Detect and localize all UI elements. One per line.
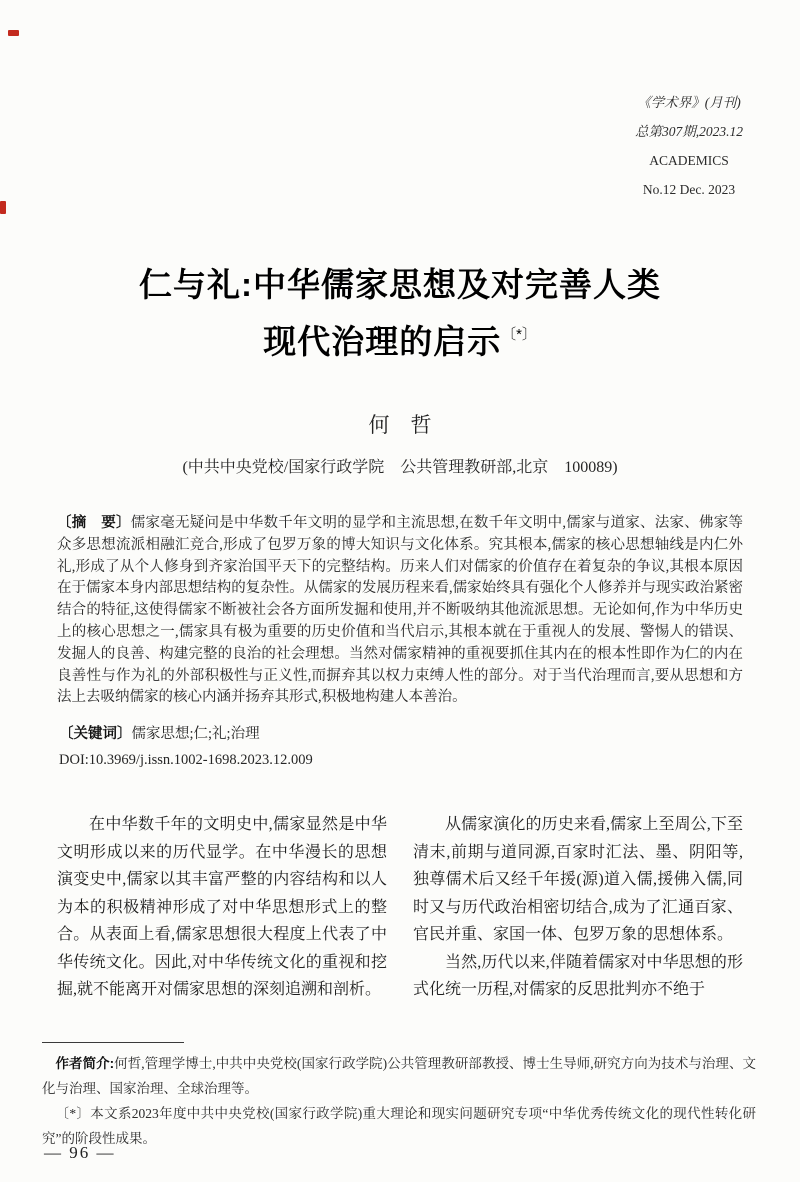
journal-name: 《学术界》(月刊) bbox=[635, 88, 743, 117]
journal-english-name: ACADEMICS bbox=[635, 146, 743, 175]
journal-english-issue: No.12 Dec. 2023 bbox=[635, 175, 743, 204]
abstract-section: 〔摘 要〕儒家毫无疑问是中华数千年文明的显学和主流思想,在数千年文明中,儒家与道… bbox=[57, 513, 743, 709]
red-scan-mark-top bbox=[8, 30, 19, 36]
footnote-section: 作者简介:何哲,管理学博士,中共中央党校(国家行政学院)公共管理教研部教授、博士… bbox=[42, 1042, 756, 1151]
paragraph: 在中华数千年的文明史中,儒家显然是中华文明形成以来的历代显学。在中华漫长的思想演… bbox=[57, 811, 387, 1004]
author-bio-text: 何哲,管理学博士,中共中央党校(国家行政学院)公共管理教研部教授、博士生导师,研… bbox=[42, 1056, 756, 1096]
doi-line: DOI:10.3969/j.issn.1002-1698.2023.12.009 bbox=[57, 752, 743, 769]
author-bio-note: 作者简介:何哲,管理学博士,中共中央党校(国家行政学院)公共管理教研部教授、博士… bbox=[42, 1051, 756, 1101]
abstract-text: 儒家毫无疑问是中华数千年文明的显学和主流思想,在数千年文明中,儒家与道家、法家、… bbox=[57, 515, 743, 705]
abstract-label: 〔摘 要〕 bbox=[57, 515, 131, 531]
journal-header: 《学术界》(月刊) 总第307期,2023.12 ACADEMICS No.12… bbox=[57, 0, 743, 204]
paragraph: 当然,历代以来,伴随着儒家对中华思想的形式化统一历程,对儒家的反思批判亦不绝于 bbox=[413, 949, 743, 1004]
author-name: 何 哲 bbox=[57, 409, 743, 439]
title-footnote-marker: 〔*〕 bbox=[501, 327, 536, 343]
paragraph: 从儒家演化的历史来看,儒家上至周公,下至清末,前期与道同源,百家时汇法、墨、阴阳… bbox=[413, 811, 743, 949]
footnote-divider bbox=[42, 1042, 184, 1043]
paper-page: 《学术界》(月刊) 总第307期,2023.12 ACADEMICS No.12… bbox=[0, 0, 800, 1182]
author-affiliation: (中共中央党校/国家行政学院 公共管理教研部,北京 100089) bbox=[57, 454, 743, 477]
journal-issue: 总第307期,2023.12 bbox=[635, 117, 743, 146]
keywords-line: 〔关键词〕儒家思想;仁;礼;治理 bbox=[57, 722, 743, 743]
keywords-text: 儒家思想;仁;礼;治理 bbox=[132, 726, 260, 742]
fund-note: 〔*〕本文系2023年度中共中央党校(国家行政学院)重大理论和现实问题研究专项“… bbox=[42, 1101, 756, 1151]
red-scan-mark-side bbox=[0, 201, 6, 214]
article-title-line1: 仁与礼:中华儒家思想及对完善人类 bbox=[139, 266, 661, 303]
keywords-label: 〔关键词〕 bbox=[59, 726, 132, 742]
article-title-line2: 现代治理的启示 bbox=[263, 323, 501, 360]
author-bio-label: 作者简介: bbox=[56, 1056, 115, 1071]
body-right-column: 从儒家演化的历史来看,儒家上至周公,下至清末,前期与道同源,百家时汇法、墨、阴阳… bbox=[413, 811, 743, 1004]
body-columns: 在中华数千年的文明史中,儒家显然是中华文明形成以来的历代显学。在中华漫长的思想演… bbox=[57, 811, 743, 1004]
body-left-column: 在中华数千年的文明史中,儒家显然是中华文明形成以来的历代显学。在中华漫长的思想演… bbox=[57, 811, 387, 1004]
article-title: 仁与礼:中华儒家思想及对完善人类 现代治理的启示〔*〕 bbox=[57, 260, 743, 367]
page-number: — 96 — bbox=[44, 1143, 116, 1163]
